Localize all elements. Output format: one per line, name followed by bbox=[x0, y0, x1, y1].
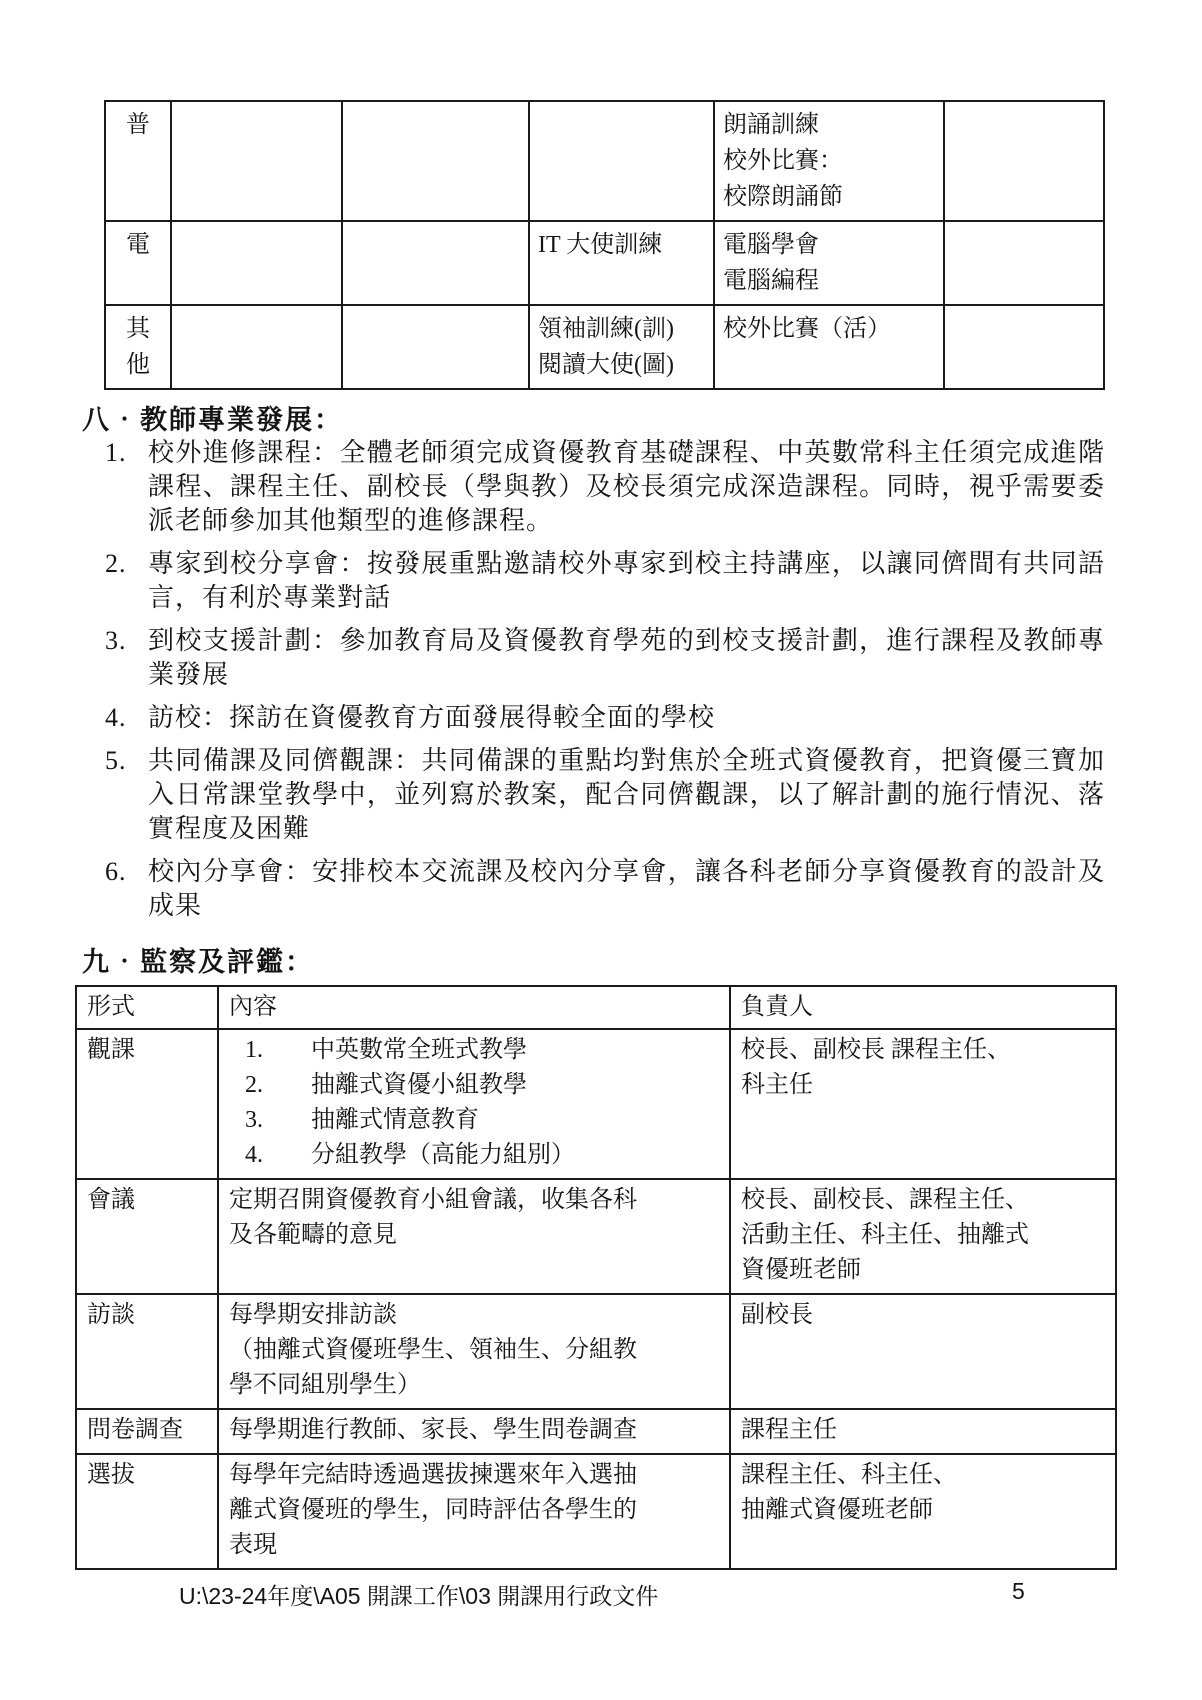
footer-file-path: U:\23-24年度\A05 開課工作\03 開課用行政文件 bbox=[179, 1578, 658, 1611]
table-cell bbox=[529, 101, 714, 221]
content-cell: 1. 中英數常全班式教學 2. 抽離式資優小組教學 3. 抽離式情意教育 4. … bbox=[218, 1029, 730, 1179]
form-cell: 觀課 bbox=[76, 1029, 218, 1179]
list-item: 2. 專家到校分享會：按發展重點邀請校外專家到校主持講座，以讓同儕間有共同語言，… bbox=[105, 547, 1105, 615]
table-cell bbox=[944, 305, 1104, 389]
list-item-number: 1. bbox=[105, 436, 148, 538]
table-row: 會議 定期召開資優教育小組會議，收集各科 及各範疇的意見 校長、副校長、課程主任… bbox=[76, 1179, 1116, 1294]
section-8-heading: 八‧教師專業發展： bbox=[82, 398, 343, 437]
table-row: 訪談 每學期安排訪談 （抽離式資優班學生、領袖生、分組教 學不同組別學生） 副校… bbox=[76, 1294, 1116, 1409]
list-item-text: 校內分享會：安排校本交流課及校內分享會，讓各科老師分享資優教育的設計及成果 bbox=[148, 855, 1105, 923]
form-cell: 選拔 bbox=[76, 1454, 218, 1569]
content-cell: 定期召開資優教育小組會議，收集各科 及各範疇的意見 bbox=[218, 1179, 730, 1294]
list-item-number: 6. bbox=[105, 855, 148, 923]
list-item-number: 3. bbox=[105, 624, 148, 692]
column-header-form: 形式 bbox=[76, 986, 218, 1029]
document-page: 普 朗誦訓練 校外比賽： 校際朗誦節 電 IT 大使訓練 電腦學會 電腦編程 其… bbox=[0, 0, 1202, 1700]
list-item-text: 訪校：探訪在資優教育方面發展得較全面的學校 bbox=[148, 701, 1105, 735]
owner-cell: 副校長 bbox=[730, 1294, 1116, 1409]
list-item-number: 2. bbox=[105, 547, 148, 615]
list-item: 1. 校外進修課程：全體老師須完成資優教育基礎課程、中英數常科主任須完成進階課程… bbox=[105, 436, 1105, 538]
activities-table: 普 朗誦訓練 校外比賽： 校際朗誦節 電 IT 大使訓練 電腦學會 電腦編程 其… bbox=[104, 100, 1105, 390]
owner-cell: 課程主任 bbox=[730, 1409, 1116, 1454]
list-item: 4. 訪校：探訪在資優教育方面發展得較全面的學校 bbox=[105, 701, 1105, 735]
content-cell: 每學年完結時透過選拔揀選來年入選抽 離式資優班的學生，同時評估各學生的 表現 bbox=[218, 1454, 730, 1569]
table-cell: 校外比賽（活） bbox=[714, 305, 944, 389]
owner-cell: 課程主任、科主任、 抽離式資優班老師 bbox=[730, 1454, 1116, 1569]
table-row: 問卷調查 每學期進行教師、家長、學生問卷調查 課程主任 bbox=[76, 1409, 1116, 1454]
form-cell: 訪談 bbox=[76, 1294, 218, 1409]
list-item: 5. 共同備課及同儕觀課：共同備課的重點均對焦於全班式資優教育，把資優三寶加入日… bbox=[105, 744, 1105, 846]
table-cell bbox=[342, 305, 529, 389]
table-cell bbox=[171, 305, 342, 389]
owner-cell: 校長、副校長、課程主任、 活動主任、科主任、抽離式 資優班老師 bbox=[730, 1179, 1116, 1294]
table-header-row: 形式 內容 負責人 bbox=[76, 986, 1116, 1029]
table-cell bbox=[944, 101, 1104, 221]
row-category: 其 他 bbox=[105, 305, 171, 389]
footer-page-number: 5 bbox=[1012, 1578, 1025, 1605]
list-item-number: 4. bbox=[105, 701, 148, 735]
list-item-text: 校外進修課程：全體老師須完成資優教育基礎課程、中英數常科主任須完成進階課程、課程… bbox=[148, 436, 1105, 538]
table-cell: 電腦學會 電腦編程 bbox=[714, 221, 944, 305]
table-cell: 朗誦訓練 校外比賽： 校際朗誦節 bbox=[714, 101, 944, 221]
list-item: 3. 到校支援計劃：參加教育局及資優教育學苑的到校支援計劃，進行課程及教師專業發… bbox=[105, 624, 1105, 692]
section-9-heading: 九‧監察及評鑑： bbox=[82, 940, 314, 979]
content-cell: 每學期安排訪談 （抽離式資優班學生、領袖生、分組教 學不同組別學生） bbox=[218, 1294, 730, 1409]
table-cell bbox=[171, 221, 342, 305]
table-row: 電 IT 大使訓練 電腦學會 電腦編程 bbox=[105, 221, 1104, 305]
section-8-list: 1. 校外進修課程：全體老師須完成資優教育基礎課程、中英數常科主任須完成進階課程… bbox=[105, 436, 1105, 923]
list-item: 6. 校內分享會：安排校本交流課及校內分享會，讓各科老師分享資優教育的設計及成果 bbox=[105, 855, 1105, 923]
table-cell bbox=[944, 221, 1104, 305]
row-category: 電 bbox=[105, 221, 171, 305]
owner-cell: 校長、副校長 課程主任、 科主任 bbox=[730, 1029, 1116, 1179]
list-item-text: 專家到校分享會：按發展重點邀請校外專家到校主持講座，以讓同儕間有共同語言，有利於… bbox=[148, 547, 1105, 615]
form-cell: 會議 bbox=[76, 1179, 218, 1294]
table-cell: IT 大使訓練 bbox=[529, 221, 714, 305]
table-cell bbox=[342, 221, 529, 305]
table-row: 選拔 每學年完結時透過選拔揀選來年入選抽 離式資優班的學生，同時評估各學生的 表… bbox=[76, 1454, 1116, 1569]
table-row: 觀課 1. 中英數常全班式教學 2. 抽離式資優小組教學 3. 抽離式情意教育 … bbox=[76, 1029, 1116, 1179]
table-cell: 領袖訓練(訓) 閱讀大使(圖) bbox=[529, 305, 714, 389]
table-row: 普 朗誦訓練 校外比賽： 校際朗誦節 bbox=[105, 101, 1104, 221]
list-item-text: 共同備課及同儕觀課：共同備課的重點均對焦於全班式資優教育，把資優三寶加入日常課堂… bbox=[148, 744, 1105, 846]
list-item-number: 5. bbox=[105, 744, 148, 846]
content-cell: 每學期進行教師、家長、學生問卷調查 bbox=[218, 1409, 730, 1454]
table-cell bbox=[342, 101, 529, 221]
list-item-text: 到校支援計劃：參加教育局及資優教育學苑的到校支援計劃，進行課程及教師專業發展 bbox=[148, 624, 1105, 692]
table-cell bbox=[171, 101, 342, 221]
form-cell: 問卷調查 bbox=[76, 1409, 218, 1454]
column-header-owner: 負責人 bbox=[730, 986, 1116, 1029]
monitoring-table: 形式 內容 負責人 觀課 1. 中英數常全班式教學 2. 抽離式資優小組教學 3… bbox=[75, 985, 1117, 1570]
row-category: 普 bbox=[105, 101, 171, 221]
column-header-content: 內容 bbox=[218, 986, 730, 1029]
table-row: 其 他 領袖訓練(訓) 閱讀大使(圖) 校外比賽（活） bbox=[105, 305, 1104, 389]
